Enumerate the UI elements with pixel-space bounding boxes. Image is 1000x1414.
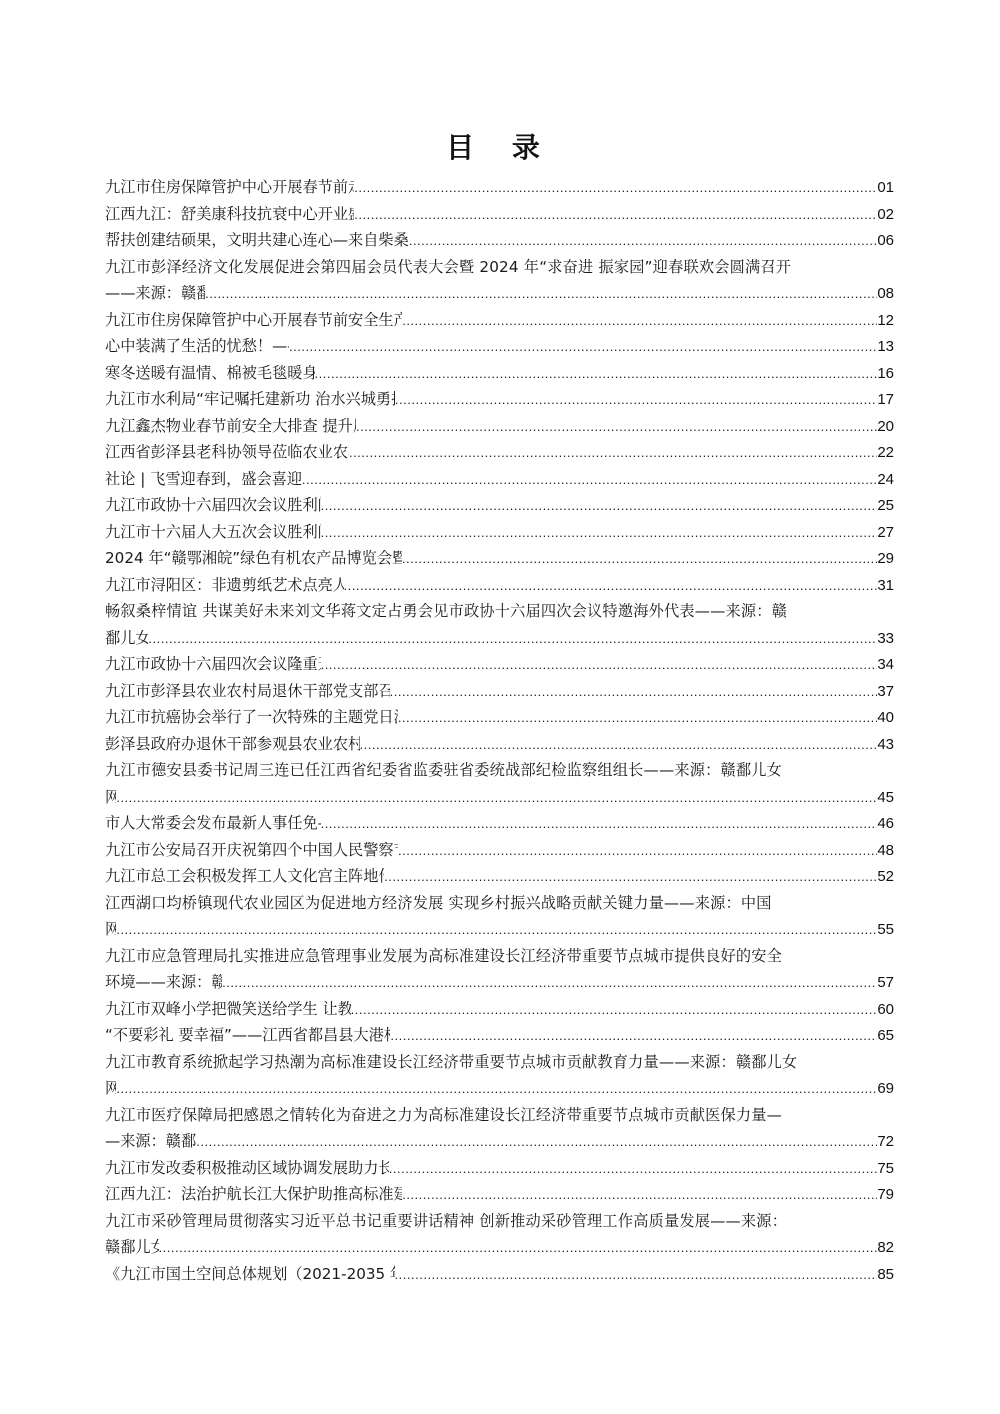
toc-entry-title: 网 (105, 916, 116, 943)
toc-entry-title: 九江市十六届人大五次会议胜利闭幕——来源：赣鄱儿女网 (105, 519, 321, 546)
dot-leader (351, 997, 878, 1023)
toc-page-number: 65 (877, 1023, 894, 1049)
toc-page-number: 55 (877, 917, 894, 943)
toc-page-number: 57 (877, 970, 894, 996)
toc-entry[interactable]: 九江市公安局召开庆祝第四个中国人民警察节“向人民报告”新闻发布会——来源：赣鄱儿… (105, 837, 894, 864)
toc-entry[interactable]: 九江市教育系统掀起学习热潮为高标准建设长江经济带重要节点城市贡献教育力量——来源… (105, 1049, 894, 1102)
toc-entry[interactable]: 九江市应急管理局扎实推进应急管理事业发展为高标准建设长江经济带重要节点城市提供良… (105, 943, 894, 996)
toc-page-number: 69 (877, 1076, 894, 1102)
toc-entry-title: 社论 | 飞雪迎春到，盛会喜迎新——来源：江西政协 (105, 466, 302, 493)
toc-entry-title: 九江市抗癌协会举行了一次特殊的主题党日活动激励癌症患者乐观生活——来源：赣鄱儿女… (105, 704, 398, 731)
toc-page-number: 01 (877, 175, 894, 201)
toc-entry-title: 赣鄱儿女网 (105, 1234, 159, 1261)
dot-leader (222, 970, 877, 996)
toc-entry[interactable]: 九江市政协十六届四次会议隆重开幕——来源：赣鄱儿女网34 (105, 651, 894, 678)
toc-entry-title-line: 九江市彭泽经济文化发展促进会第四届会员代表大会暨 2024 年“求奋进 振家园”… (105, 254, 791, 281)
toc-entry[interactable]: 社论 | 飞雪迎春到，盛会喜迎新——来源：江西政协24 (105, 466, 894, 493)
dot-leader (390, 679, 878, 705)
toc-entry-title-line: 九江市应急管理局扎实推进应急管理事业发展为高标准建设长江经济带重要节点城市提供良… (105, 943, 782, 970)
toc-entry[interactable]: 寒冬送暖有温情、棉被毛毯暖身心——来源：赣鄱儿女网16 (105, 360, 894, 387)
toc-page-number: 20 (877, 414, 894, 440)
toc-entry[interactable]: 九江市抗癌协会举行了一次特殊的主题党日活动激励癌症患者乐观生活——来源：赣鄱儿女… (105, 704, 894, 731)
toc-entry-title: 网 (105, 1075, 116, 1102)
toc-entry[interactable]: 九江市政协十六届四次会议胜利闭幕——来源：赣鄱儿女网25 (105, 492, 894, 519)
toc-entry[interactable]: 九江市住房保障管护中心开展春节前走访慰问活动——来源：赣鄱儿女网01 (105, 174, 894, 201)
dot-leader (356, 414, 877, 440)
toc-entry-title: —来源：赣鄱儿女网 (105, 1128, 196, 1155)
toc-entry[interactable]: 江西九江：舒美康科技抗衰中心开业盛典圆满落幕——来源：健康号报网02 (105, 201, 894, 228)
toc-entry[interactable]: 九江市双峰小学把微笑送给学生 让教育更有温度——来源：赣鄱儿女网60 (105, 996, 894, 1023)
toc-entry-title: 鄱儿女网 (105, 625, 148, 652)
dot-leader (321, 811, 878, 837)
toc-entry-title-line: 九江市采砂管理局贯彻落实习近平总书记重要讲话精神 创新推动采砂管理工作高质量发展… (105, 1208, 787, 1235)
toc-entry[interactable]: 九江市发改委积极推动区域协调发展助力长江经济带节点城市建设——来源：赣鄱儿女网7… (105, 1155, 894, 1182)
toc-entry[interactable]: 彭泽县政府办退休干部参观县农业农村局老干部活动中心——来源：中国网43 (105, 731, 894, 758)
dot-leader (116, 917, 877, 943)
toc-page-number: 24 (877, 467, 894, 493)
toc-entry-title: 2024 年“赣鄂湘皖”绿色有机农产品博览会暨“年味九江”年货节即将开幕——来源… (105, 545, 402, 572)
toc-page-number: 48 (877, 838, 894, 864)
toc-page-number: 13 (877, 334, 894, 360)
toc-entry[interactable]: 九江市十六届人大五次会议胜利闭幕——来源：赣鄱儿女网27 (105, 519, 894, 546)
toc-entry-title: 寒冬送暖有温情、棉被毛毯暖身心——来源：赣鄱儿女网 (105, 360, 315, 387)
toc-page-number: 02 (877, 202, 894, 228)
toc-entry-title-line: 九江市德安县委书记周三连已任江西省纪委省监委驻省委统战部纪检监察组组长——来源：… (105, 757, 782, 784)
toc-page-number: 17 (877, 387, 894, 413)
toc-entry-title: 帮扶创建结硕果，文明共建心连心—来自柴桑区沙河街道 916 社区的感谢信——来源… (105, 227, 409, 254)
dot-leader (354, 202, 877, 228)
toc-page-number: 79 (877, 1182, 894, 1208)
toc-entry-title-line: 畅叙桑梓情谊 共谋美好未来刘文华蒋文定占勇会见市政协十六届四次会议特邀海外代表—… (105, 598, 787, 625)
toc-entry-title: 九江市发改委积极推动区域协调发展助力长江经济带节点城市建设——来源：赣鄱儿女网 (105, 1155, 389, 1182)
toc-page-number: 37 (877, 679, 894, 705)
toc-entry-title: 九江市双峰小学把微笑送给学生 让教育更有温度——来源：赣鄱儿女网 (105, 996, 351, 1023)
toc-page-number: 72 (877, 1129, 894, 1155)
toc-entry-title: 江西省彭泽县老科协领导莅临农业农村局指导工作——来源：中国报道 (105, 439, 349, 466)
toc-entry-title-line: 江西湖口均桥镇现代农业园区为促进地方经济发展 实现乡村振兴战略贡献关键力量——来… (105, 890, 772, 917)
toc-page-number: 22 (877, 440, 894, 466)
dot-leader (395, 387, 877, 413)
toc-entry[interactable]: 江西省彭泽县老科协领导莅临农业农村局指导工作——来源：中国报道22 (105, 439, 894, 466)
toc-page-number: 06 (877, 228, 894, 254)
toc-entry[interactable]: 九江市水利局“牢记嘱托建新功 治水兴城勇担当”推动水利高质量发展——来源：赣鄱儿… (105, 386, 894, 413)
toc-page-number: 82 (877, 1235, 894, 1261)
toc-entry[interactable]: 《九江市国土空间总体规划（2021-2035 年）》已获江西省政府审批——来源：… (105, 1261, 894, 1288)
toc-page-number: 12 (877, 308, 894, 334)
toc-entry-title: 九江市彭泽县农业农村局退休干部党支部召开 2023 年工作总结会——来源：赣鄱儿… (105, 678, 390, 705)
toc-entry-title: 九江市政协十六届四次会议胜利闭幕——来源：赣鄱儿女网 (105, 492, 321, 519)
toc-entry-title: “不要彩礼 要幸福”——江西省都昌县大港村举办跨年文艺汇演活动——来源：赣鄱儿女… (105, 1022, 390, 1049)
dot-leader (196, 1129, 877, 1155)
toc-entry[interactable]: 九江市彭泽经济文化发展促进会第四届会员代表大会暨 2024 年“求奋进 振家园”… (105, 254, 894, 307)
dot-leader (398, 705, 878, 731)
dot-leader (116, 785, 877, 811)
dot-leader (389, 1156, 878, 1182)
toc-page-number: 16 (877, 361, 894, 387)
dot-leader (349, 440, 877, 466)
toc-page-number: 31 (877, 573, 894, 599)
toc-entry[interactable]: 九江鑫杰物业春节前安全大排查 提升居民生活品质——来源：赣鄱儿女网20 (105, 413, 894, 440)
dot-leader (205, 281, 877, 307)
toc-entry[interactable]: 九江市采砂管理局贯彻落实习近平总书记重要讲话精神 创新推动采砂管理工作高质量发展… (105, 1208, 894, 1261)
dot-leader (302, 467, 877, 493)
toc-entry-title: 九江市住房保障管护中心开展春节前安全生产工作调研，并部署相关工作——来源：赣鄱儿… (105, 307, 402, 334)
toc-entry-title: 彭泽县政府办退休干部参观县农业农村局老干部活动中心——来源：中国网 (105, 731, 360, 758)
dot-leader (402, 308, 877, 334)
toc-page-number: 40 (877, 705, 894, 731)
dot-leader (360, 732, 878, 758)
toc-entry[interactable]: 江西湖口均桥镇现代农业园区为促进地方经济发展 实现乡村振兴战略贡献关键力量——来… (105, 890, 894, 943)
toc-page-number: 29 (877, 546, 894, 572)
toc-entry-title: 九江鑫杰物业春节前安全大排查 提升居民生活品质——来源：赣鄱儿女网 (105, 413, 356, 440)
toc-entry[interactable]: 畅叙桑梓情谊 共谋美好未来刘文华蒋文定占勇会见市政协十六届四次会议特邀海外代表—… (105, 598, 894, 651)
dot-leader (354, 175, 877, 201)
toc-entry[interactable]: 九江市彭泽县农业农村局退休干部党支部召开 2023 年工作总结会——来源：赣鄱儿… (105, 678, 894, 705)
dot-leader (289, 334, 877, 360)
toc-page-number: 25 (877, 493, 894, 519)
dot-leader (116, 1076, 877, 1102)
toc-entry-title: 《九江市国土空间总体规划（2021-2035 年）》已获江西省政府审批——来源：… (105, 1261, 395, 1288)
toc-page-number: 52 (877, 864, 894, 890)
toc-entry-title-line: 九江市教育系统掀起学习热潮为高标准建设长江经济带重要节点城市贡献教育力量——来源… (105, 1049, 797, 1076)
dot-leader (398, 838, 877, 864)
toc-entry-title: 江西九江：法治护航长江大保护助推高标准建设长江经济带重要节点城市——来源：赣鄱儿… (105, 1181, 402, 1208)
toc-entry[interactable]: 帮扶创建结硕果，文明共建心连心—来自柴桑区沙河街道 916 社区的感谢信——来源… (105, 227, 894, 254)
table-of-contents: 九江市住房保障管护中心开展春节前走访慰问活动——来源：赣鄱儿女网01江西九江：舒… (105, 174, 894, 1287)
toc-entry-title: ——来源：赣鄱儿女网 (105, 280, 205, 307)
dot-leader (315, 361, 878, 387)
toc-entry-title: 九江市水利局“牢记嘱托建新功 治水兴城勇担当”推动水利高质量发展——来源：赣鄱儿… (105, 386, 395, 413)
toc-entry-title: 心中装满了生活的忧愁！——来源：赣鄱儿女网 (105, 333, 289, 360)
toc-page-number: 27 (877, 520, 894, 546)
toc-entry[interactable]: 2024 年“赣鄂湘皖”绿色有机农产品博览会暨“年味九江”年货节即将开幕——来源… (105, 545, 894, 572)
dot-leader (321, 652, 878, 678)
toc-entry[interactable]: 九江市住房保障管护中心开展春节前安全生产工作调研，并部署相关工作——来源：赣鄱儿… (105, 307, 894, 334)
toc-page-number: 85 (877, 1262, 894, 1288)
toc-entry[interactable]: “不要彩礼 要幸福”——江西省都昌县大港村举办跨年文艺汇演活动——来源：赣鄱儿女… (105, 1022, 894, 1049)
toc-entry[interactable]: 市人大常委会发布最新人事任免——来源：九江市人民政府46 (105, 810, 894, 837)
dot-leader (159, 1235, 878, 1261)
toc-entry-title: 九江市总工会积极发挥工人文化宫主阵地作用竭诚服务广大职工——来源：赣鄱儿女网 (105, 863, 384, 890)
toc-entry[interactable]: 九江市浔阳区：非遗剪纸艺术点亮人民路社区——来源：中国网生活31 (105, 572, 894, 599)
toc-entry-title: 九江市政协十六届四次会议隆重开幕——来源：赣鄱儿女网 (105, 651, 321, 678)
toc-title: 目 录 (0, 128, 1000, 168)
dot-leader (321, 520, 878, 546)
toc-entry-title: 网 (105, 784, 116, 811)
toc-page-number: 43 (877, 732, 894, 758)
toc-entry-title: 江西九江：舒美康科技抗衰中心开业盛典圆满落幕——来源：健康号报网 (105, 201, 354, 228)
toc-entry[interactable]: 江西九江：法治护航长江大保护助推高标准建设长江经济带重要节点城市——来源：赣鄱儿… (105, 1181, 894, 1208)
toc-entry-title-line: 九江市医疗保障局把感恩之情转化为奋进之力为高标准建设长江经济带重要节点城市贡献医… (105, 1102, 782, 1129)
toc-entry[interactable]: 心中装满了生活的忧愁！——来源：赣鄱儿女网13 (105, 333, 894, 360)
toc-entry-title: 九江市浔阳区：非遗剪纸艺术点亮人民路社区——来源：中国网生活 (105, 572, 344, 599)
toc-page-number: 08 (877, 281, 894, 307)
toc-page-number: 45 (877, 785, 894, 811)
dot-leader (148, 626, 877, 652)
toc-entry[interactable]: 九江市德安县委书记周三连已任江西省纪委省监委驻省委统战部纪检监察组组长——来源：… (105, 757, 894, 810)
dot-leader (402, 546, 877, 572)
toc-entry[interactable]: 九江市医疗保障局把感恩之情转化为奋进之力为高标准建设长江经济带重要节点城市贡献医… (105, 1102, 894, 1155)
dot-leader (395, 1262, 878, 1288)
toc-page-number: 33 (877, 626, 894, 652)
toc-page-number: 46 (877, 811, 894, 837)
toc-entry[interactable]: 九江市总工会积极发挥工人文化宫主阵地作用竭诚服务广大职工——来源：赣鄱儿女网52 (105, 863, 894, 890)
toc-entry-title: 环境——来源：赣鄱儿女网 (105, 969, 222, 996)
dot-leader (384, 864, 877, 890)
dot-leader (390, 1023, 877, 1049)
toc-entry-title: 市人大常委会发布最新人事任免——来源：九江市人民政府 (105, 810, 321, 837)
toc-page-number: 75 (877, 1156, 894, 1182)
toc-entry-title: 九江市公安局召开庆祝第四个中国人民警察节“向人民报告”新闻发布会——来源：赣鄱儿… (105, 837, 398, 864)
dot-leader (344, 573, 878, 599)
dot-leader (409, 228, 877, 254)
dot-leader (321, 493, 878, 519)
toc-page-number: 34 (877, 652, 894, 678)
dot-leader (402, 1182, 877, 1208)
toc-page-number: 60 (877, 997, 894, 1023)
toc-entry-title: 九江市住房保障管护中心开展春节前走访慰问活动——来源：赣鄱儿女网 (105, 174, 354, 201)
